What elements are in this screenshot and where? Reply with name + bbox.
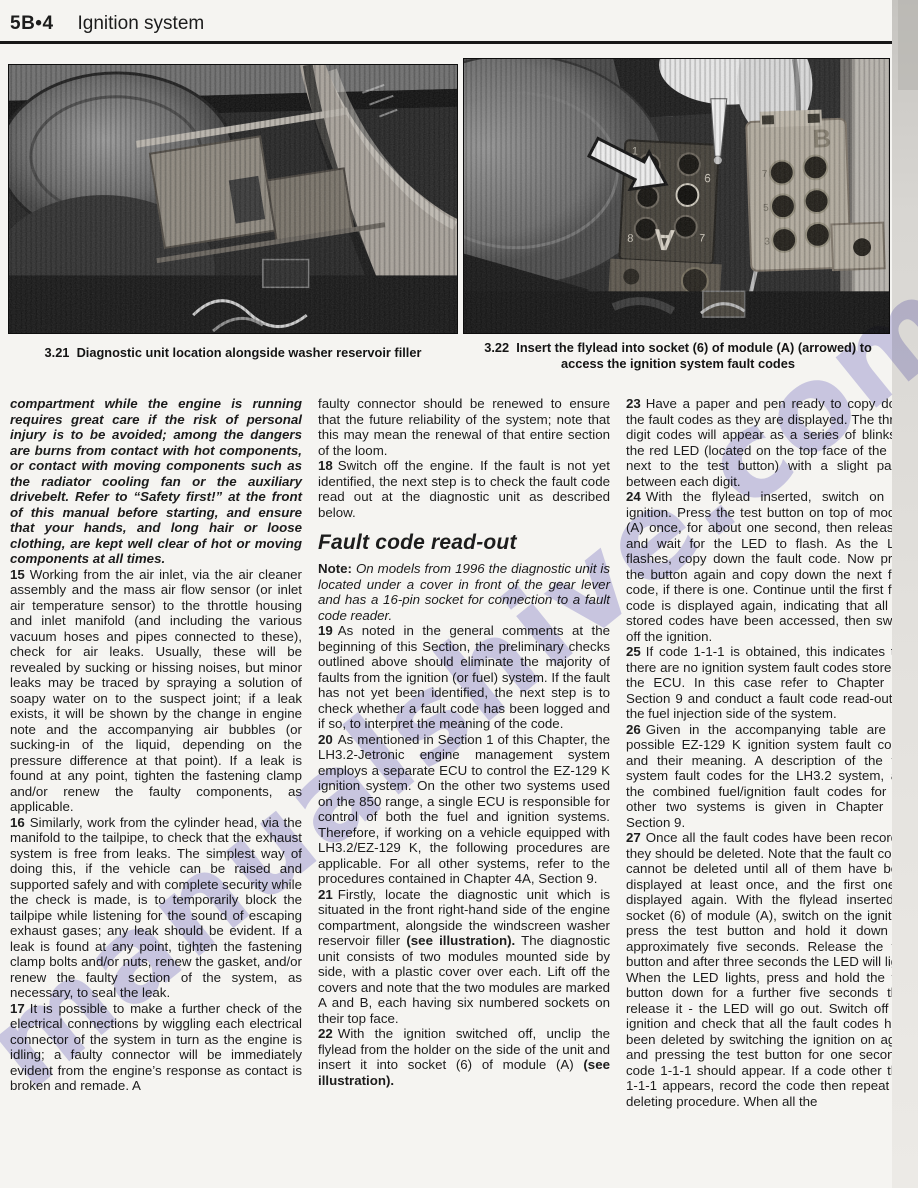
page-title: Ignition system	[78, 13, 205, 34]
body-paragraph-22: 22With the ignition switched off, unclip…	[318, 1026, 610, 1088]
note-paragraph: Note: On models from 1996 the diagnostic…	[318, 561, 610, 623]
manual-page: 5B•4Ignition system	[0, 0, 918, 1188]
scan-edge-artifact	[892, 0, 918, 1188]
body-paragraph-18: 18Switch off the engine. If the fault is…	[318, 458, 610, 520]
page-header: 5B•4Ignition system	[10, 13, 204, 35]
text-column-right: 23Have a paper and pen ready to copy dow…	[626, 396, 913, 1109]
figure-322-photo: 1 6 8 7 A B	[463, 58, 890, 334]
engine-bay-photo-321	[9, 65, 457, 333]
body-paragraph-19: 19As noted in the general comments at th…	[318, 623, 610, 732]
header-rule	[0, 41, 892, 44]
text-column-middle: faulty connector should be renewed to en…	[318, 396, 610, 1088]
caption-322-text: Insert the flylead into socket (6) of mo…	[516, 340, 872, 371]
body-paragraph-23: 23Have a paper and pen ready to copy dow…	[626, 396, 913, 489]
caption-321-text: Diagnostic unit location alongside washe…	[77, 345, 422, 360]
caption-321-number: 3.21	[45, 345, 70, 360]
body-paragraph-27: 27Once all the fault codes have been rec…	[626, 830, 913, 1109]
body-paragraph-16: 16Similarly, work from the cylinder head…	[10, 815, 302, 1001]
body-paragraph-20: 20As mentioned in Section 1 of this Chap…	[318, 732, 610, 887]
body-paragraph-17: 17It is possible to make a further check…	[10, 1001, 302, 1094]
body-paragraph-26: 26Given in the accompanying table are th…	[626, 722, 913, 831]
figure-321-photo	[8, 64, 458, 334]
diagnostic-unit-photo-322: 1 6 8 7 A B	[464, 59, 889, 333]
scan-smudge-artifact	[898, 0, 918, 90]
body-paragraph-21: 21Firstly, locate the diagnostic unit wh…	[318, 887, 610, 1027]
body-paragraph-15: 15Working from the air inlet, via the ai…	[10, 567, 302, 815]
paragraph-17-continuation: faulty connector should be renewed to en…	[318, 396, 610, 458]
caption-322: 3.22 Insert the flylead into socket (6) …	[466, 340, 890, 373]
caption-321: 3.21 Diagnostic unit location alongside …	[8, 345, 458, 361]
section-heading-fault-code-read-out: Fault code read-out	[318, 531, 610, 555]
body-paragraph-24: 24With the flylead inserted, switch on t…	[626, 489, 913, 644]
warning-continuation: compartment while the engine is running …	[10, 396, 302, 567]
page-number: 5B•4	[10, 13, 54, 34]
caption-322-number: 3.22	[484, 340, 509, 355]
text-column-left: compartment while the engine is running …	[10, 396, 302, 1094]
body-paragraph-25: 25If code 1-1-1 is obtained, this indica…	[626, 644, 913, 722]
